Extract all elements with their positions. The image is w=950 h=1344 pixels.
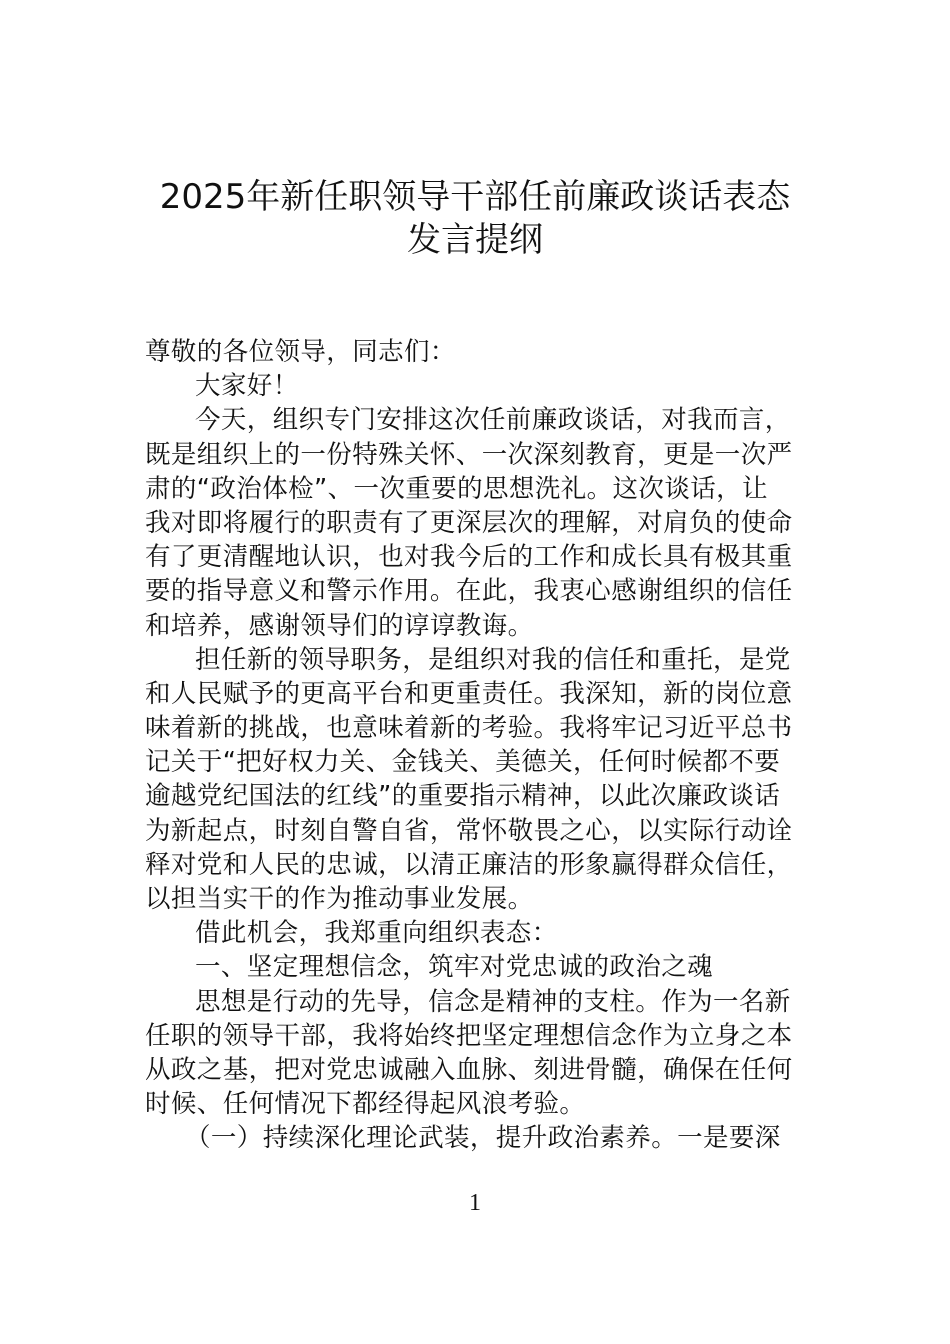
document-title-line-2: 发言提纲 xyxy=(0,220,950,260)
page-number: 1 xyxy=(0,1188,950,1218)
body-line: （一）持续深化理论武装，提升政治素养。一是要深 xyxy=(145,1121,807,1155)
body-line: 尊敬的各位领导，同志们： xyxy=(145,335,807,369)
body-line: 和培养，感谢领导们的谆谆教诲。 xyxy=(145,609,807,643)
body-line: 有了更清醒地认识，也对我今后的工作和成长具有极其重 xyxy=(145,540,807,574)
body-line: 肃的“政治体检”、一次重要的思想洗礼。这次谈话，让 xyxy=(145,472,807,506)
body-line: 借此机会，我郑重向组织表态： xyxy=(145,916,807,950)
document-title-line-1: 2025年新任职领导干部任前廉政谈话表态 xyxy=(0,177,950,217)
body-line: 要的指导意义和警示作用。在此，我衷心感谢组织的信任 xyxy=(145,574,807,608)
body-line: 担任新的领导职务，是组织对我的信任和重托，是党 xyxy=(145,643,807,677)
body-line: 以担当实干的作为推动事业发展。 xyxy=(145,882,807,916)
body-line: 一、坚定理想信念，筑牢对党忠诚的政治之魂 xyxy=(145,950,807,984)
body-line: 今天，组织专门安排这次任前廉政谈话，对我而言， xyxy=(145,403,807,437)
body-line: 思想是行动的先导，信念是精神的支柱。作为一名新 xyxy=(145,985,807,1019)
body-line: 记关于“把好权力关、金钱关、美德关，任何时候都不要 xyxy=(145,745,807,779)
body-line: 释对党和人民的忠诚，以清正廉洁的形象赢得群众信任， xyxy=(145,848,807,882)
body-line: 任职的领导干部，我将始终把坚定理想信念作为立身之本 xyxy=(145,1019,807,1053)
body-line: 既是组织上的一份特殊关怀、一次深刻教育，更是一次严 xyxy=(145,438,807,472)
body-line: 为新起点，时刻自警自省，常怀敬畏之心，以实际行动诠 xyxy=(145,814,807,848)
body-line: 时候、任何情况下都经得起风浪考验。 xyxy=(145,1087,807,1121)
body-line: 逾越党纪国法的红线”的重要指示精神，以此次廉政谈话 xyxy=(145,779,807,813)
body-line: 和人民赋予的更高平台和更重责任。我深知，新的岗位意 xyxy=(145,677,807,711)
document-page: 2025年新任职领导干部任前廉政谈话表态 发言提纲 尊敬的各位领导，同志们：大家… xyxy=(0,0,950,1344)
body-line: 大家好！ xyxy=(145,369,807,403)
body-line: 从政之基，把对党忠诚融入血脉、刻进骨髓，确保在任何 xyxy=(145,1053,807,1087)
body-line: 我对即将履行的职责有了更深层次的理解，对肩负的使命 xyxy=(145,506,807,540)
document-body: 尊敬的各位领导，同志们：大家好！今天，组织专门安排这次任前廉政谈话，对我而言，既… xyxy=(145,335,807,1156)
body-line: 味着新的挑战，也意味着新的考验。我将牢记习近平总书 xyxy=(145,711,807,745)
